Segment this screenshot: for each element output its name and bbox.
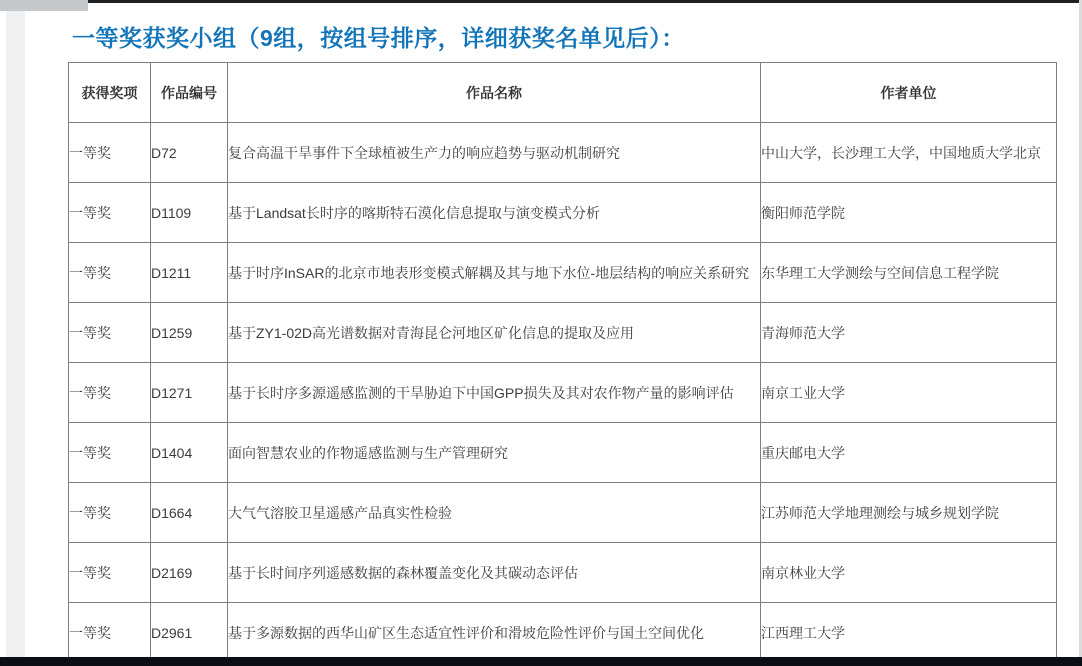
table-row: 一等奖 D1404 面向智慧农业的作物遥感监测与生产管理研究 重庆邮电大学 bbox=[69, 423, 1057, 483]
org-cell: 江西理工大学 bbox=[761, 603, 1057, 663]
table-row: 一等奖 D2961 基于多源数据的西华山矿区生态适宜性评价和滑坡危险性评价与国土… bbox=[69, 603, 1057, 663]
page-title: 一等奖获奖小组（9组，按组号排序，详细获奖名单见后）： bbox=[72, 20, 685, 53]
work-id-cell: D72 bbox=[151, 123, 228, 183]
work-id-cell: D1404 bbox=[151, 423, 228, 483]
org-cell: 中山大学，长沙理工大学，中国地质大学北京 bbox=[761, 123, 1057, 183]
table-row: 一等奖 D1664 大气气溶胶卫星遥感产品真实性检验 江苏师范大学地理测绘与城乡… bbox=[69, 483, 1057, 543]
award-cell: 一等奖 bbox=[69, 183, 151, 243]
work-title-cell: 基于长时序多源遥感监测的干旱胁迫下中国GPP损失及其对农作物产量的影响评估 bbox=[228, 363, 761, 423]
work-id-cell: D2169 bbox=[151, 543, 228, 603]
left-page-margin bbox=[6, 0, 25, 666]
work-id-cell: D2961 bbox=[151, 603, 228, 663]
org-cell: 东华理工大学测绘与空间信息工程学院 bbox=[761, 243, 1057, 303]
window-top-edge bbox=[0, 0, 1082, 3]
work-id-cell: D1211 bbox=[151, 243, 228, 303]
header-org: 作者单位 bbox=[761, 63, 1057, 123]
work-title-cell: 基于Landsat长时序的喀斯特石漠化信息提取与演变模式分析 bbox=[228, 183, 761, 243]
org-cell: 南京林业大学 bbox=[761, 543, 1057, 603]
table-row: 一等奖 D1109 基于Landsat长时序的喀斯特石漠化信息提取与演变模式分析… bbox=[69, 183, 1057, 243]
org-cell: 重庆邮电大学 bbox=[761, 423, 1057, 483]
work-title-cell: 基于多源数据的西华山矿区生态适宜性评价和滑坡危险性评价与国土空间优化 bbox=[228, 603, 761, 663]
header-work-title: 作品名称 bbox=[228, 63, 761, 123]
window-bottom-bar bbox=[0, 657, 1082, 666]
table-header-row: 获得奖项 作品编号 作品名称 作者单位 bbox=[69, 63, 1057, 123]
award-cell: 一等奖 bbox=[69, 243, 151, 303]
header-award: 获得奖项 bbox=[69, 63, 151, 123]
org-cell: 江苏师范大学地理测绘与城乡规划学院 bbox=[761, 483, 1057, 543]
work-title-cell: 大气气溶胶卫星遥感产品真实性检验 bbox=[228, 483, 761, 543]
award-cell: 一等奖 bbox=[69, 603, 151, 663]
award-cell: 一等奖 bbox=[69, 423, 151, 483]
table-row: 一等奖 D1259 基于ZY1-02D高光谱数据对青海昆仑河地区矿化信息的提取及… bbox=[69, 303, 1057, 363]
work-id-cell: D1259 bbox=[151, 303, 228, 363]
work-title-cell: 面向智慧农业的作物遥感监测与生产管理研究 bbox=[228, 423, 761, 483]
table-row: 一等奖 D2169 基于长时间序列遥感数据的森林覆盖变化及其碳动态评估 南京林业… bbox=[69, 543, 1057, 603]
org-cell: 衡阳师范学院 bbox=[761, 183, 1057, 243]
award-cell: 一等奖 bbox=[69, 123, 151, 183]
table-row: 一等奖 D72 复合高温干旱事件下全球植被生产力的响应趋势与驱动机制研究 中山大… bbox=[69, 123, 1057, 183]
work-title-cell: 基于长时间序列遥感数据的森林覆盖变化及其碳动态评估 bbox=[228, 543, 761, 603]
org-cell: 青海师范大学 bbox=[761, 303, 1057, 363]
work-id-cell: D1664 bbox=[151, 483, 228, 543]
award-cell: 一等奖 bbox=[69, 363, 151, 423]
org-cell: 南京工业大学 bbox=[761, 363, 1057, 423]
top-left-margin bbox=[0, 0, 88, 11]
header-work-id: 作品编号 bbox=[151, 63, 228, 123]
work-title-cell: 复合高温干旱事件下全球植被生产力的响应趋势与驱动机制研究 bbox=[228, 123, 761, 183]
work-id-cell: D1109 bbox=[151, 183, 228, 243]
work-id-cell: D1271 bbox=[151, 363, 228, 423]
award-cell: 一等奖 bbox=[69, 483, 151, 543]
award-cell: 一等奖 bbox=[69, 303, 151, 363]
table-row: 一等奖 D1211 基于时序InSAR的北京市地表形变模式解耦及其与地下水位-地… bbox=[69, 243, 1057, 303]
work-title-cell: 基于ZY1-02D高光谱数据对青海昆仑河地区矿化信息的提取及应用 bbox=[228, 303, 761, 363]
page: 一等奖获奖小组（9组，按组号排序，详细获奖名单见后）： 获得奖项 作品编号 作品… bbox=[0, 0, 1082, 666]
awards-table: 获得奖项 作品编号 作品名称 作者单位 一等奖 D72 复合高温干旱事件下全球植… bbox=[68, 62, 1057, 663]
work-title-cell: 基于时序InSAR的北京市地表形变模式解耦及其与地下水位-地层结构的响应关系研究 bbox=[228, 243, 761, 303]
table-row: 一等奖 D1271 基于长时序多源遥感监测的干旱胁迫下中国GPP损失及其对农作物… bbox=[69, 363, 1057, 423]
award-cell: 一等奖 bbox=[69, 543, 151, 603]
